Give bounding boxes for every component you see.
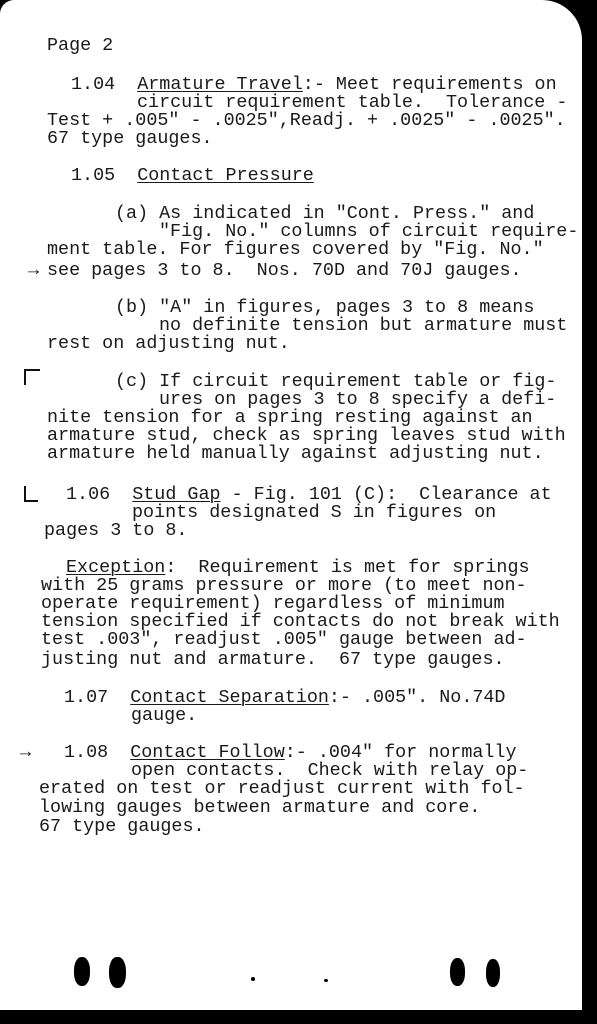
binder-hole-icon	[109, 957, 126, 988]
body-text: armature held manually against adjusting…	[47, 445, 544, 463]
body-text: erated on test or readjust current with …	[39, 780, 525, 798]
binder-hole-icon	[74, 957, 90, 986]
body-text: test .003", readjust .005" gauge between…	[41, 631, 527, 649]
section-number: 1.06	[66, 484, 110, 505]
body-text: see pages 3 to 8. Nos. 70D and 70J gauge…	[47, 262, 522, 280]
change-bracket-start-icon	[24, 369, 40, 385]
speck	[324, 979, 328, 982]
section-title: Contact Pressure	[137, 165, 314, 186]
section-number: 1.05	[71, 165, 115, 186]
binder-hole-icon	[450, 958, 465, 986]
body-text: justing nut and armature. 67 type gauges…	[41, 651, 505, 669]
document-page: Page 2 1.04 Armature Travel:- Meet requi…	[0, 0, 582, 1010]
margin-arrow-icon: →	[20, 744, 31, 762]
body-text: pages 3 to 8.	[44, 522, 187, 540]
body-text: 67 type gauges.	[47, 130, 213, 148]
page-header: Page 2	[47, 37, 113, 55]
section-number: 1.07	[64, 687, 108, 708]
body-text: ment table. For figures covered by "Fig.…	[47, 241, 544, 259]
body-text: lowing gauges between armature and core.	[39, 799, 480, 817]
body-text: 67 type gauges.	[39, 818, 205, 836]
margin-arrow-icon: →	[28, 262, 39, 280]
section-number: 1.08	[64, 742, 108, 763]
section-number: 1.04	[71, 74, 115, 95]
body-text: rest on adjusting nut.	[47, 335, 290, 353]
body-text: gauge.	[131, 707, 197, 725]
binder-hole-icon	[486, 959, 500, 987]
speck	[251, 977, 255, 981]
body-text: :- .005". No.74D	[329, 687, 506, 708]
section-1-05-heading: 1.05 Contact Pressure	[71, 167, 314, 185]
change-bracket-end-icon	[24, 486, 38, 502]
